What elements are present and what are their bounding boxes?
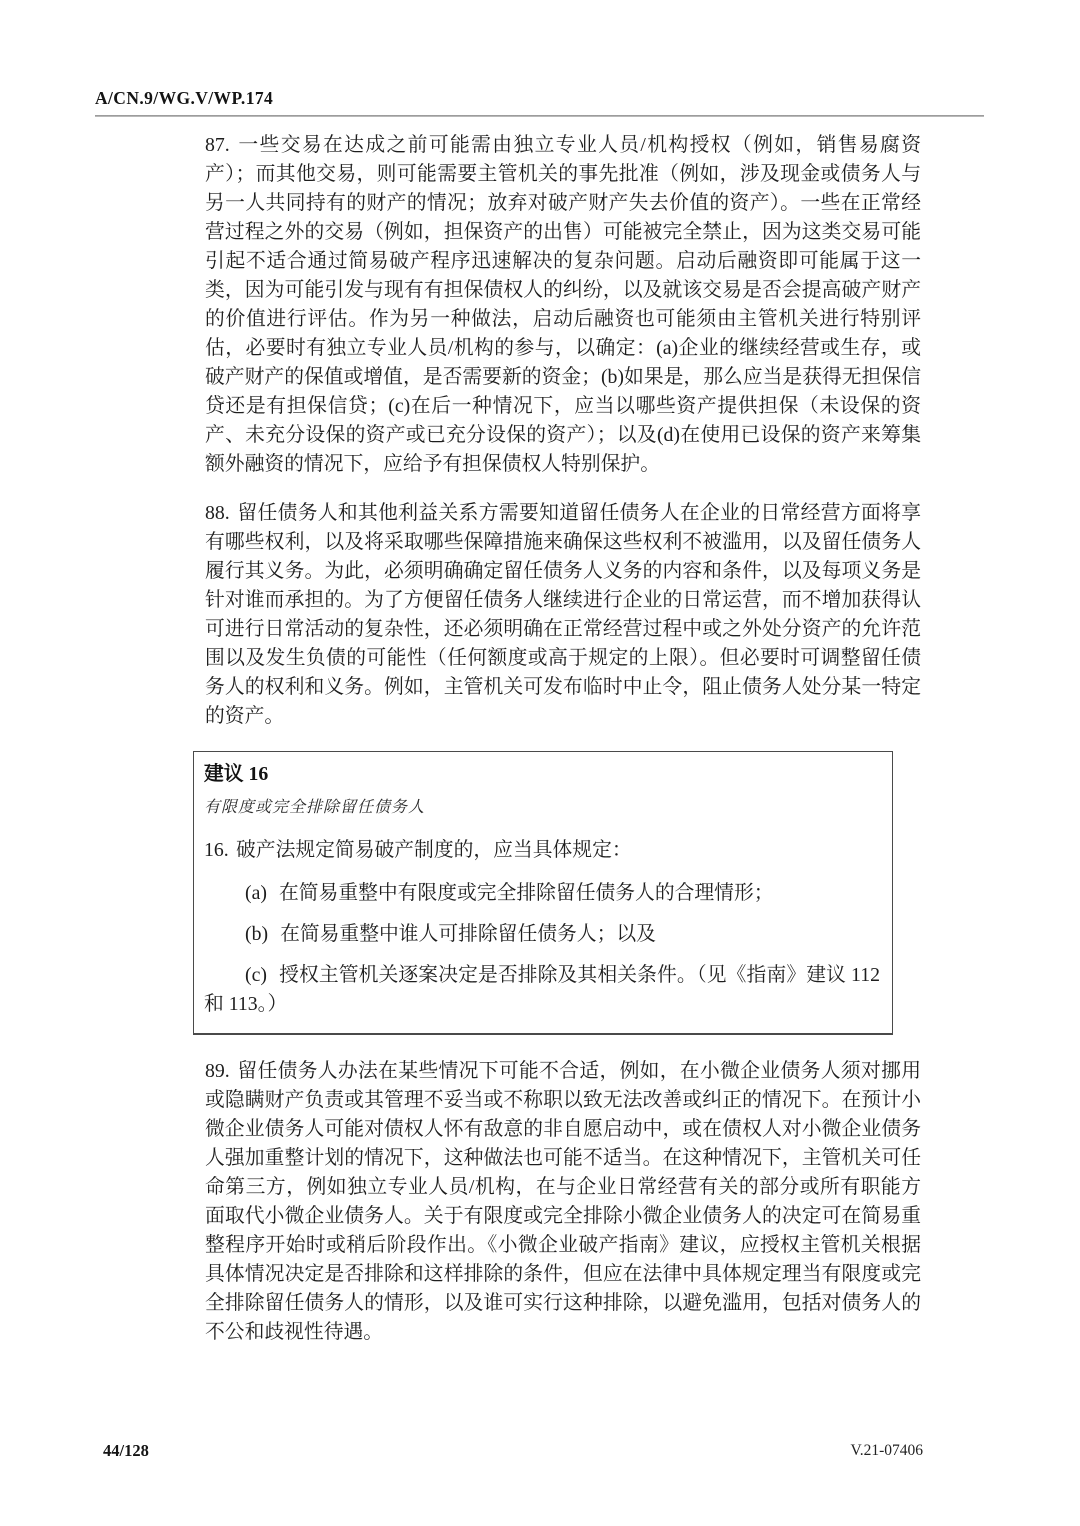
paragraph-88: 88.留任债务人和其他利益关系方需要知道留任债务人在企业的日常经营方面将享有哪些… xyxy=(205,499,921,731)
recommendation-box: 建议 16 有限度或完全排除留任债务人 16.破产法规定简易破产制度的，应当具体… xyxy=(193,751,893,1035)
paragraph-89-text: 留任债务人办法在某些情况下可能不合适，例如，在小微企业债务人须对挪用或隐瞒财产负… xyxy=(205,1060,921,1343)
header-doc-symbol: A/CN.9/WG.V/WP.174 xyxy=(95,88,273,109)
recommendation-item-a-text: 在简易重整中有限度或完全排除留任债务人的合理情形； xyxy=(279,882,774,904)
header-rule xyxy=(95,115,984,117)
recommendation-intro: 16.破产法规定简易破产制度的，应当具体规定： xyxy=(204,836,880,865)
recommendation-box-subtitle: 有限度或完全排除留任债务人 xyxy=(204,798,880,818)
recommendation-box-title: 建议 16 xyxy=(204,762,880,786)
document-body: 87.一些交易在达成之前可能需由独立专业人员/机构授权（例如，销售易腐资产）；而… xyxy=(205,131,921,1347)
recommendation-item-c-text: 授权主管机关逐案决定是否排除及其相关条件。（见《指南》建议 112 和 113。… xyxy=(204,964,880,1015)
paragraph-87: 87.一些交易在达成之前可能需由独立专业人员/机构授权（例如，销售易腐资产）；而… xyxy=(205,131,921,479)
recommendation-item-c-label: (c) xyxy=(245,964,267,986)
recommendation-item-b-text: 在简易重整中谁人可排除留任债务人；以及 xyxy=(280,923,656,945)
recommendation-item-b-label: (b) xyxy=(245,923,268,945)
recommendation-item-a-label: (a) xyxy=(245,882,267,904)
footer-doc-id: V.21-07406 xyxy=(851,1442,923,1460)
paragraph-89: 89.留任债务人办法在某些情况下可能不合适，例如，在小微企业债务人须对挪用或隐瞒… xyxy=(205,1057,921,1347)
paragraph-87-text: 一些交易在达成之前可能需由独立专业人员/机构授权（例如，销售易腐资产）；而其他交… xyxy=(205,134,921,475)
recommendation-intro-text: 破产法规定简易破产制度的，应当具体规定： xyxy=(236,839,632,861)
paragraph-88-number: 88. xyxy=(205,499,237,528)
recommendation-item-c: (c)授权主管机关逐案决定是否排除及其相关条件。（见《指南》建议 112 和 1… xyxy=(204,961,880,1019)
recommendation-item-a: (a)在简易重整中有限度或完全排除留任债务人的合理情形； xyxy=(204,879,880,908)
footer-page-number: 44/128 xyxy=(103,1441,149,1461)
recommendation-intro-number: 16. xyxy=(204,836,236,865)
paragraph-89-number: 89. xyxy=(205,1057,237,1086)
recommendation-item-b: (b)在简易重整中谁人可排除留任债务人；以及 xyxy=(204,920,880,949)
paragraph-87-number: 87. xyxy=(205,131,237,160)
document-page: A/CN.9/WG.V/WP.174 87.一些交易在达成之前可能需由独立专业人… xyxy=(0,0,1080,1526)
paragraph-88-text: 留任债务人和其他利益关系方需要知道留任债务人在企业的日常经营方面将享有哪些权利，… xyxy=(205,502,921,727)
